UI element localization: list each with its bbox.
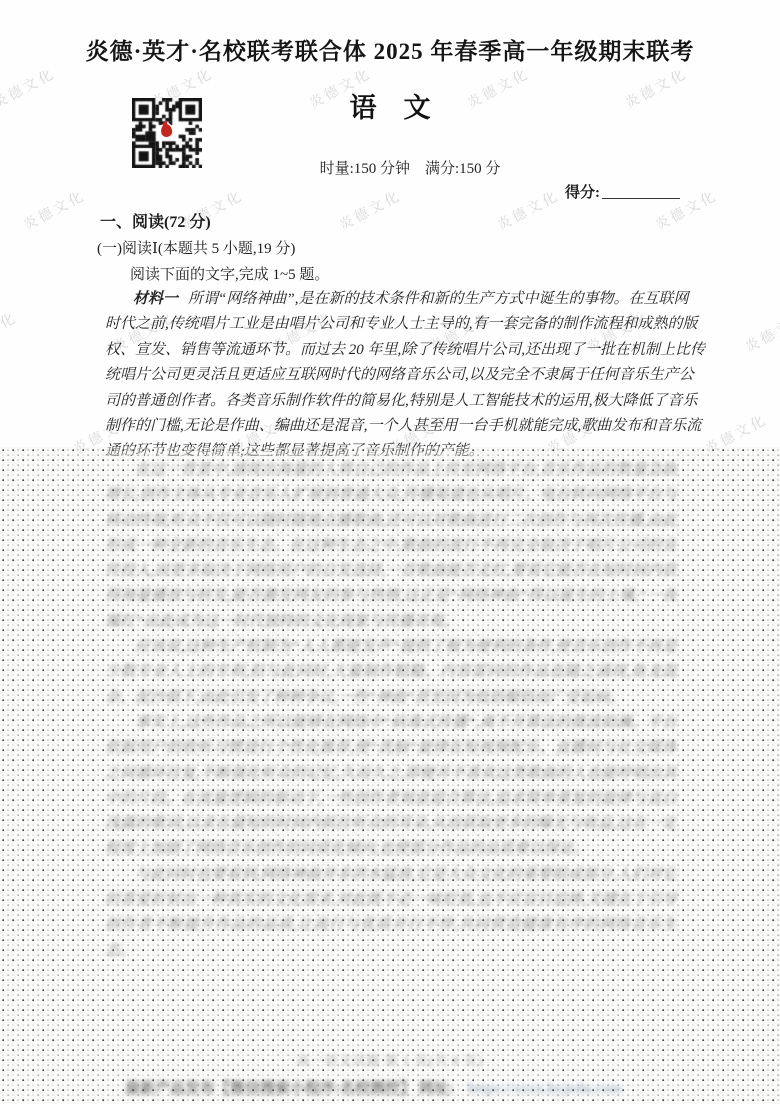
paragraph-text: 所谓“网络神曲”,是在新的技术条件和新的生产方式中诞生的事物。在互联网: [188, 291, 688, 307]
duration-score-line: 时量:150 分钟 满分:150 分: [40, 157, 780, 178]
paragraph-line: 权、宣发、销售等流通环节。而过去 20 年里,除了传统唱片公司,还出现了一批在机…: [105, 338, 705, 363]
paragraph-line: 时代之前,传统唱片工业是由唱片公司和专业人士主导的,有一套完备的制作流程和成熟的…: [105, 312, 705, 337]
score-blank-line: [602, 184, 680, 199]
score-field: 得分:: [565, 181, 680, 202]
subject-title: 语 文: [0, 86, 780, 125]
material-one-label: 材料一: [133, 291, 178, 307]
brand-watermark-text: 炎德文化: [741, 307, 780, 357]
promo-watermark-line: 最新产品发布【微信搜索小程序:名校测控】 网址:https://xxxx.hyj…: [125, 1077, 685, 1098]
paragraph-line: 制作的门槛,无论是作曲、编曲还是混音,一个人甚至用一台手机就能完成,歌曲发布和音…: [105, 414, 705, 439]
degraded-illegible-text-block: 在这一背景中,涌现出海量的人将自己的作品上传至网络平台,音乐作品的数量急剧增长,…: [105, 458, 677, 1050]
promo-url: https://xxxx.hyjedu.com: [468, 1081, 622, 1097]
brand-watermark-text: 炎德文化: [701, 409, 770, 459]
brand-watermark-text: 炎德文化: [335, 185, 404, 235]
reading-instruction: 阅读下面的文字,完成 1~5 题。: [130, 263, 329, 284]
exam-paper-page: 炎德文化炎德文化炎德文化炎德文化炎德文化炎德文化炎德文化炎德文化炎德文化炎德文化…: [0, 0, 780, 1104]
paragraph-line: 司的普通创作者。各类音乐制作软件的简易化,特别是人工智能技术的运用,极大降低了音…: [105, 389, 705, 414]
brand-watermark-text: 炎德文化: [19, 185, 88, 235]
exam-title: 炎德·英才·名校联考联合体 2025 年春季高一年级期末联考: [0, 33, 780, 66]
score-label: 得分:: [565, 185, 600, 201]
blurred-paragraph: 与此同时也要看到,网络神曲并非洪水猛兽,它是大众文化的重要组成部分,人们对它的喜…: [105, 863, 677, 964]
brand-watermark-text: 炎德文化: [0, 307, 21, 357]
brand-watermark-text: 炎德文化: [493, 185, 562, 235]
page-footer: 高一语文试题 第 1 页(共 8 页): [0, 1050, 780, 1069]
blurred-paragraph: 事实上,这些作品之所以能够在网络中“病毒式传播”,离不开算法的推波助澜。平台依据…: [105, 711, 677, 863]
section-heading-reading: 一、阅读(72 分): [100, 209, 211, 232]
blurred-paragraph: 应该说,这种生产机制为“人人都能发声”提供了极为便利的条件,使音乐创作不再是少数…: [105, 635, 677, 711]
material-one-paragraph: 材料一所谓“网络神曲”,是在新的技术条件和新的生产方式中诞生的事物。在互联网 时…: [105, 287, 705, 465]
blurred-paragraph: 在这一背景中,涌现出海量的人将自己的作品上传至网络平台,音乐作品的数量急剧增长,…: [105, 458, 677, 635]
subsection-heading-reading-1: (一)阅读Ⅰ(本题共 5 小题,19 分): [97, 237, 295, 258]
paragraph-line: 材料一所谓“网络神曲”,是在新的技术条件和新的生产方式中诞生的事物。在互联网: [105, 287, 705, 312]
promo-text: 最新产品发布【微信搜索小程序:名校测控】 网址:: [125, 1081, 454, 1097]
paragraph-line: 统唱片公司更灵活且更适应互联网时代的网络音乐公司,以及完全不隶属于任何音乐生产公: [105, 363, 705, 388]
